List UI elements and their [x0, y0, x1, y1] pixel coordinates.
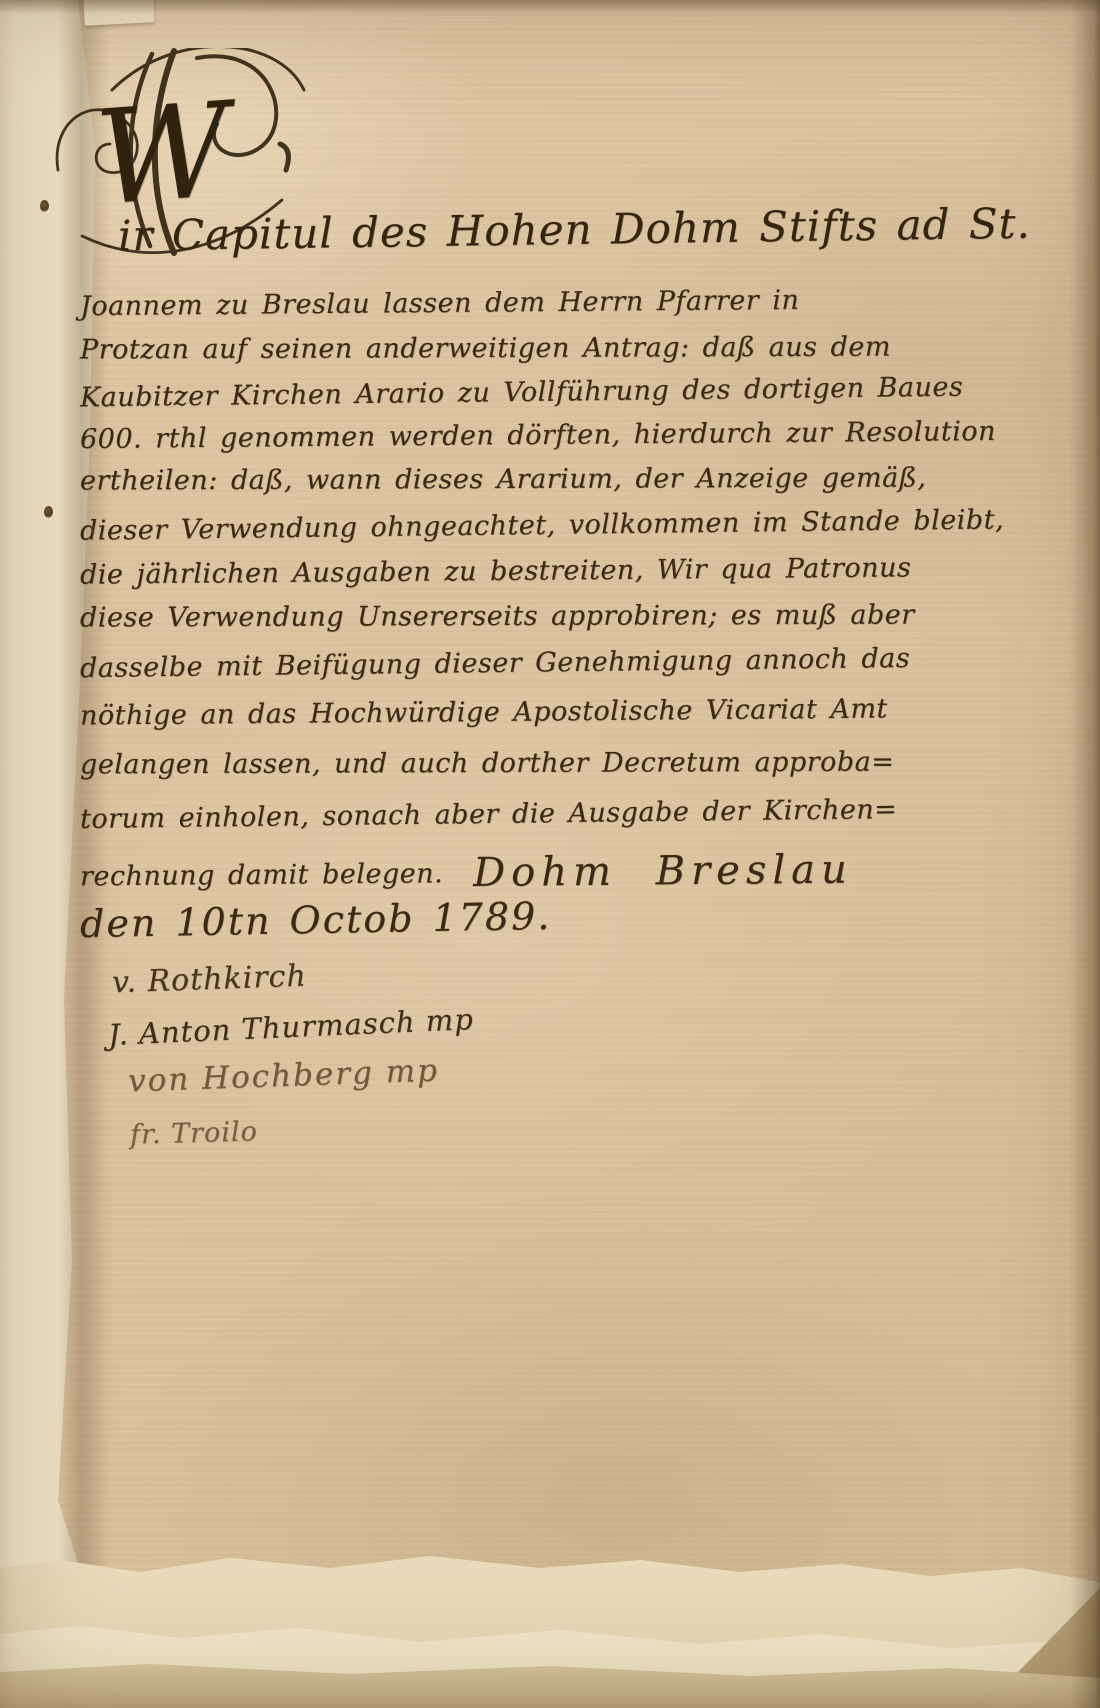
manuscript-line: Joannem zu Breslau lassen dem Herrn Pfar…: [80, 285, 800, 322]
manuscript-line: Kaubitzer Kirchen Arario zu Vollführung …: [80, 372, 964, 414]
closing-line: rechnung damit belegen.Dohm Breslau: [80, 847, 853, 900]
manuscript-line: Protzan auf seinen anderweitigen Antrag:…: [80, 332, 891, 366]
binding-hole: [40, 200, 49, 212]
manuscript-line: dasselbe mit Beifügung dieser Genehmigun…: [80, 643, 910, 684]
heading-line: ir Capitul des Hohen Dohm Stifts ad St.: [118, 199, 1031, 261]
manuscript-line: die jährlichen Ausgaben zu bestreiten, W…: [80, 552, 912, 590]
top-edge-shadow: [0, 0, 1100, 14]
underlying-page-top-corner: [83, 0, 154, 26]
manuscript-line: dieser Verwendung ohngeachtet, vollkomme…: [80, 504, 1004, 546]
manuscript-line: diese Verwendung Unsererseits approbiren…: [80, 600, 915, 634]
closing-text: rechnung damit belegen.: [80, 858, 443, 892]
binding-hole: [44, 506, 53, 518]
closing-place: Dohm Breslau: [473, 847, 853, 896]
manuscript-line: ertheilen: daß, wann dieses Ararium, der…: [80, 463, 926, 497]
manuscript-line: 600. rthl genommen werden dörften, hierd…: [80, 416, 996, 455]
scanned-manuscript-page: W ir Capitul des Hohen Dohm Stifts ad St…: [0, 0, 1100, 1708]
signature-troilo: fr. Troilo: [130, 1116, 259, 1150]
right-edge-shadow: [1070, 0, 1100, 1708]
signature-hochberg: von Hochberg mp: [127, 1053, 439, 1100]
manuscript-line: torum einholen, sonach aber die Ausgabe …: [80, 794, 898, 835]
signature-rothkirch: v. Rothkirch: [111, 959, 307, 1001]
signature-anton: J. Anton Thurmasch mp: [107, 1002, 474, 1052]
manuscript-line: gelangen lassen, und auch dorther Decret…: [80, 747, 894, 781]
date-line: den 10tn Octob 1789.: [80, 894, 552, 946]
manuscript-line: nöthige an das Hochwürdige Apostolische …: [80, 693, 888, 731]
